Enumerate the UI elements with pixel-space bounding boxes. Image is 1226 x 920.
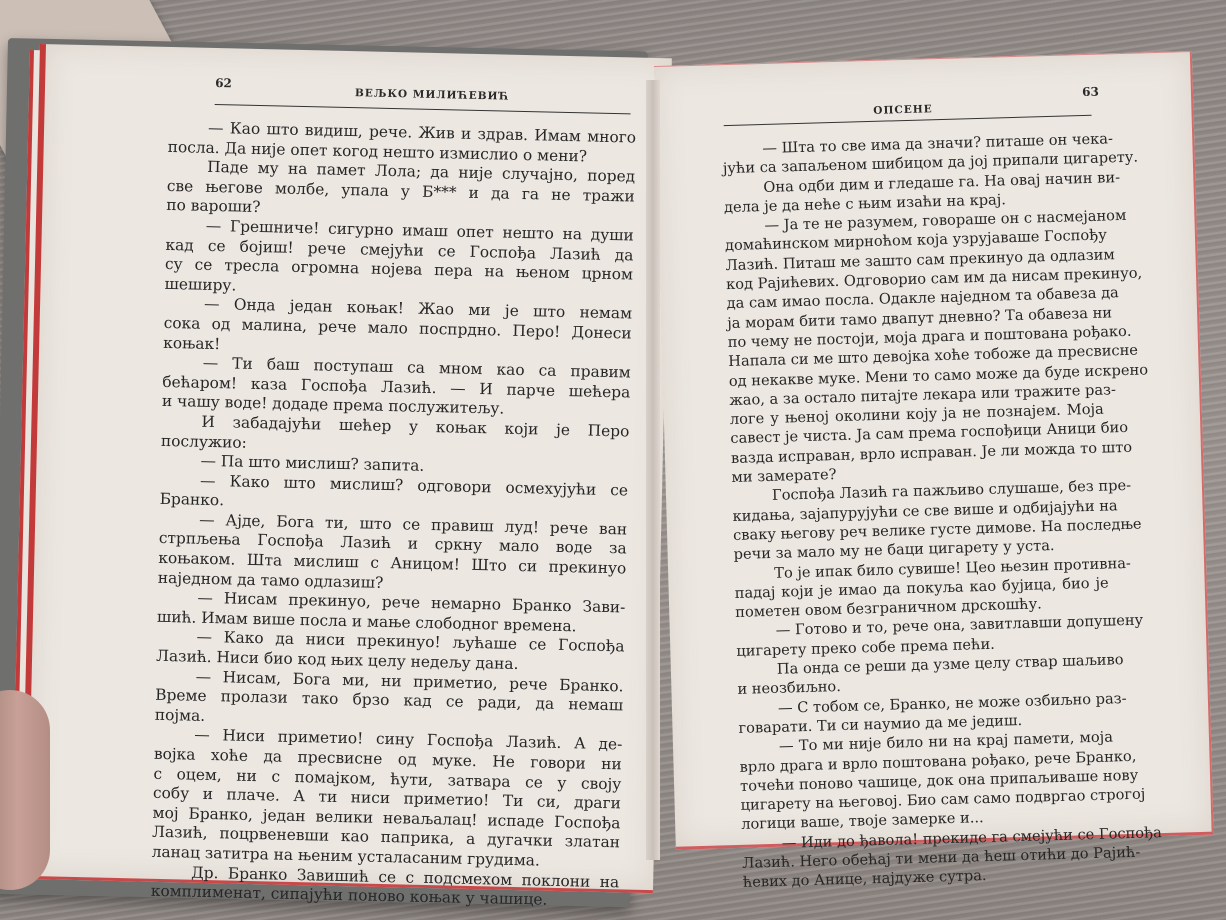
- left-page-number: 62: [215, 76, 232, 90]
- book-gutter: [646, 80, 660, 860]
- left-page-body: — Као што видиш, рече. Жив и здрав. Имам…: [151, 118, 637, 912]
- holding-thumb: [0, 690, 50, 890]
- left-running-head: 62 ВЕЉКО МИЛИЋЕВИЋ: [215, 74, 632, 114]
- right-running-title: ОПСЕНЕ: [873, 103, 933, 117]
- right-page-number: 63: [1082, 85, 1099, 99]
- right-running-head: ОПСЕНЕ 63: [723, 85, 1092, 126]
- right-page-body: — Шта то све има да значи? питаше он чек…: [722, 130, 1117, 893]
- left-running-title: ВЕЉКО МИЛИЋЕВИЋ: [355, 87, 510, 103]
- left-page: 62 ВЕЉКО МИЛИЋЕВИЋ — Као што видиш, рече…: [21, 44, 672, 893]
- right-page: ОПСЕНЕ 63 — Шта то све има да значи? пит…: [654, 51, 1214, 850]
